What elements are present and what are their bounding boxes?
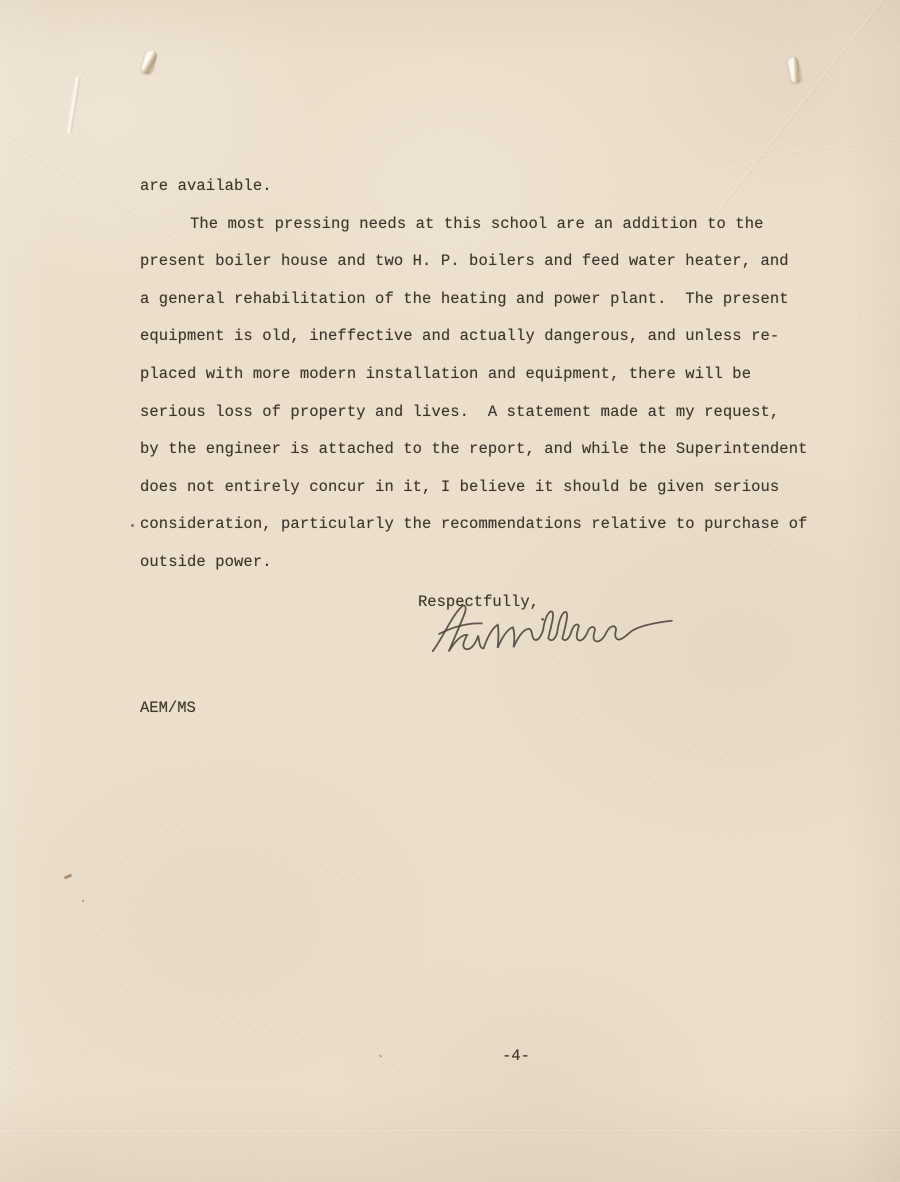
page-number: -4- — [502, 1047, 530, 1065]
paper-crease — [0, 1005, 214, 1087]
staple-mark-right — [786, 56, 802, 84]
typed-line: consideration, particularly the recommen… — [140, 506, 840, 544]
paper-crease — [66, 76, 82, 134]
signature-handwriting — [425, 593, 677, 666]
typed-line: present boiler house and two H. P. boile… — [140, 243, 840, 281]
typed-line: a general rehabilitation of the heating … — [140, 281, 840, 319]
paper-fleck — [82, 900, 84, 902]
typed-line: placed with more modern installation and… — [140, 356, 840, 394]
paper-fleck — [64, 873, 73, 879]
typed-line: does not entirely concur in it, I believ… — [140, 469, 840, 507]
typed-line: equipment is old, ineffective and actual… — [140, 318, 840, 356]
document-page: are available. The most pressing needs a… — [0, 0, 900, 1182]
typist-initials: AEM/MS — [140, 699, 196, 717]
typed-body: are available. The most pressing needs a… — [140, 168, 840, 582]
typed-line: serious loss of property and lives. A st… — [140, 394, 840, 432]
paper-fleck — [379, 1054, 383, 1057]
typed-line: The most pressing needs at this school a… — [140, 206, 840, 244]
paper-crease — [858, 280, 860, 590]
ink-speck — [131, 524, 134, 527]
typed-line: outside power. — [140, 544, 840, 582]
paper-crease — [0, 1128, 900, 1131]
signature-i-dot — [541, 618, 544, 621]
paper-crease — [701, 137, 900, 165]
typed-line: by the engineer is attached to the repor… — [140, 431, 840, 469]
typed-line: are available. — [140, 168, 840, 206]
staple-mark-left — [140, 49, 158, 75]
